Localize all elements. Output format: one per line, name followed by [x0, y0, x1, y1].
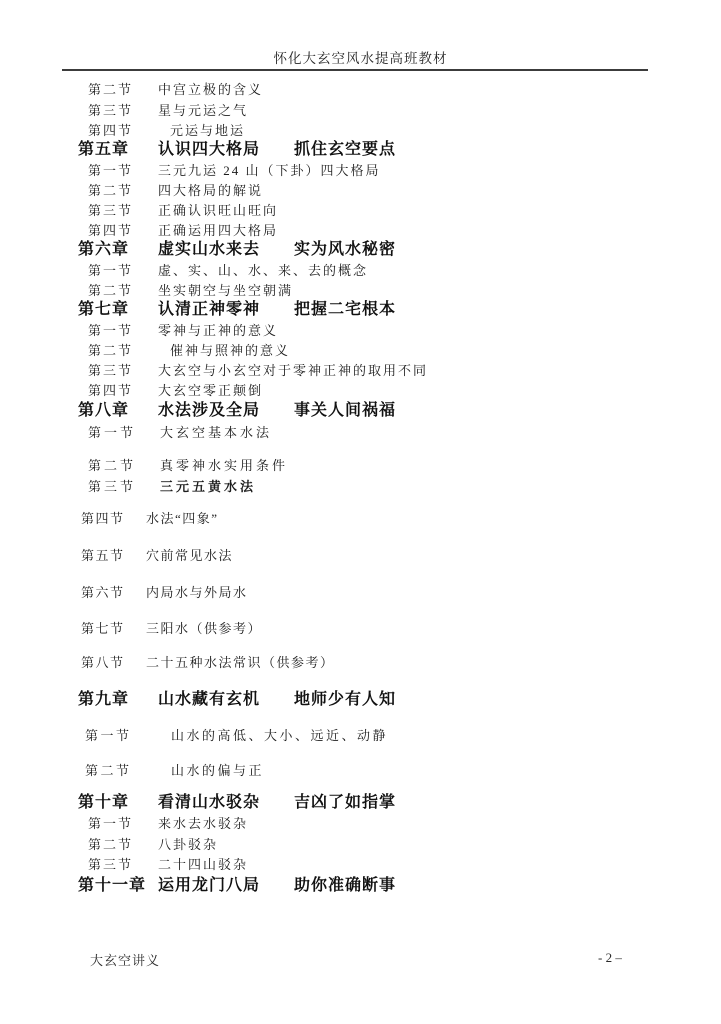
toc-entry-number: 第一节	[88, 816, 158, 832]
toc-entry: 第一节三元九运 24 山（下卦）四大格局	[88, 163, 381, 179]
toc-entry-title: 催神与照神的意义	[170, 343, 290, 358]
toc-entry: 第三节大玄空与小玄空对于零神正神的取用不同	[88, 363, 428, 379]
toc-entry-number: 第一节	[88, 323, 158, 339]
toc-entry-number: 第五章	[78, 140, 158, 159]
toc-entry-title: 大玄空与小玄空对于零神正神的取用不同	[158, 363, 428, 378]
toc-entry: 第四节正确运用四大格局	[88, 223, 278, 239]
toc-entry: 第二节催神与照神的意义	[88, 343, 290, 359]
toc-entry-title: 正确认识旺山旺向	[158, 203, 278, 218]
toc-entry: 第一节大玄空基本水法	[88, 425, 272, 441]
toc-entry: 第一节零神与正神的意义	[88, 323, 278, 339]
toc-entry: 第二节中宫立极的含义	[88, 82, 263, 98]
toc-entry: 第三节三元五黄水法	[88, 479, 256, 495]
toc-entry-number: 第七节	[81, 621, 146, 637]
toc-entry: 第二节山水的偏与正	[85, 763, 264, 779]
toc-entry-title: 三元九运 24 山（下卦）四大格局	[158, 163, 381, 178]
toc-entry-number: 第一节	[88, 425, 160, 441]
toc-entry-number: 第九章	[78, 690, 158, 709]
toc-entry-number: 第四节	[81, 511, 146, 527]
toc-entry-number: 第八节	[81, 655, 146, 671]
toc-entry-number: 第七章	[78, 300, 158, 319]
toc-entry-title: 正确运用四大格局	[158, 223, 278, 238]
document-page: 怀化大玄空风水提高班教材 第二节中宫立极的含义 第三节星与元运之气 第四节元运与…	[0, 0, 721, 1024]
toc-entry: 第二节真零神水实用条件	[88, 458, 288, 474]
toc-entry-number: 第三节	[88, 479, 160, 495]
toc-entry-number: 第二节	[88, 283, 158, 299]
toc-entry: 第八节二十五种水法常识（供参考）	[81, 655, 335, 671]
toc-entry-title: 水法涉及全局 事关人间祸福	[158, 402, 396, 419]
toc-entry-number: 第六章	[78, 240, 158, 259]
toc-entry-number: 第一节	[88, 163, 158, 179]
toc-entry-number: 第二节	[88, 183, 158, 199]
toc-entry-title: 三阳水（供参考）	[146, 621, 262, 636]
toc-chapter-entry: 第十章看清山水驳杂 吉凶了如指掌	[78, 793, 396, 812]
toc-entry-title: 八卦驳杂	[158, 837, 218, 852]
toc-chapter-entry: 第六章虚实山水来去 实为风水秘密	[78, 240, 396, 259]
toc-entry: 第一节来水去水驳杂	[88, 816, 248, 832]
toc-entry: 第四节元运与地运	[88, 123, 245, 139]
toc-entry-title: 坐实朝空与坐空朝满	[158, 283, 293, 298]
toc-entry: 第五节穴前常见水法	[81, 548, 233, 564]
toc-chapter-entry: 第五章认识四大格局 抓住玄空要点	[78, 140, 396, 159]
toc-entry-number: 第二节	[88, 837, 158, 853]
footer-document-title: 大玄空讲义	[90, 950, 160, 969]
toc-entry-title: 内局水与外局水	[146, 585, 248, 600]
toc-entry-title: 二十四山驳杂	[158, 857, 248, 872]
toc-entry-number: 第十章	[78, 793, 158, 812]
toc-entry-number: 第二节	[88, 82, 158, 98]
toc-entry-title: 四大格局的解说	[158, 183, 263, 198]
toc-entry-number: 第六节	[81, 585, 146, 601]
toc-entry-title: 中宫立极的含义	[158, 82, 263, 97]
toc-entry: 第四节大玄空零正颠倒	[88, 383, 263, 399]
toc-entry-title: 大玄空基本水法	[160, 425, 272, 440]
toc-entry: 第一节山水的高低、大小、远近、动静	[85, 728, 388, 744]
toc-entry-number: 第三节	[88, 857, 158, 873]
toc-entry-title: 零神与正神的意义	[158, 323, 278, 338]
toc-chapter-entry: 第七章认清正神零神 把握二宅根本	[78, 300, 396, 319]
toc-entry: 第二节四大格局的解说	[88, 183, 263, 199]
toc-entry-title: 认清正神零神 把握二宅根本	[158, 301, 396, 318]
toc-entry-number: 第四节	[88, 223, 158, 239]
toc-entry-title: 山水的偏与正	[171, 763, 264, 778]
toc-entry-title: 大玄空零正颠倒	[158, 383, 263, 398]
footer-page-number: - 2 –	[598, 950, 622, 966]
toc-entry-number: 第三节	[88, 363, 158, 379]
toc-entry-title: 二十五种水法常识（供参考）	[146, 655, 335, 670]
toc-entry-title: 看清山水驳杂 吉凶了如指掌	[158, 794, 396, 811]
toc-entry-number: 第八章	[78, 401, 158, 420]
toc-entry-title: 来水去水驳杂	[158, 816, 248, 831]
toc-entry-number: 第二节	[88, 458, 160, 474]
toc-entry-number: 第一节	[88, 263, 158, 279]
toc-entry: 第六节内局水与外局水	[81, 585, 248, 601]
toc-entry-number: 第十一章	[78, 876, 158, 895]
page-header-title: 怀化大玄空风水提高班教材	[0, 47, 721, 67]
toc-entry-title: 虚实山水来去 实为风水秘密	[158, 241, 396, 258]
toc-entry: 第二节八卦驳杂	[88, 837, 218, 853]
toc-entry-title: 山水藏有玄机 地师少有人知	[158, 691, 396, 708]
toc-entry-number: 第五节	[81, 548, 146, 564]
toc-entry-number: 第四节	[88, 123, 158, 139]
toc-entry: 第七节三阳水（供参考）	[81, 621, 262, 637]
toc-entry: 第四节水法“四象”	[81, 511, 219, 527]
toc-entry-title: 元运与地运	[170, 123, 245, 138]
toc-entry-number: 第四节	[88, 383, 158, 399]
toc-entry-number: 第二节	[88, 343, 158, 359]
toc-entry-title: 穴前常见水法	[146, 548, 233, 563]
toc-entry-title: 虚、实、山、水、来、去的概念	[158, 263, 368, 278]
toc-entry-title: 山水的高低、大小、远近、动静	[171, 728, 388, 743]
toc-entry-number: 第三节	[88, 203, 158, 219]
toc-entry-number: 第二节	[85, 763, 171, 779]
toc-chapter-entry: 第八章水法涉及全局 事关人间祸福	[78, 401, 396, 420]
toc-entry-title: 运用龙门八局 助你准确断事	[158, 877, 396, 894]
toc-entry: 第二节坐实朝空与坐空朝满	[88, 283, 293, 299]
toc-entry-number: 第一节	[85, 728, 171, 744]
toc-entry: 第三节二十四山驳杂	[88, 857, 248, 873]
toc-entry: 第一节虚、实、山、水、来、去的概念	[88, 263, 368, 279]
toc-entry-title: 真零神水实用条件	[160, 458, 288, 473]
toc-chapter-entry: 第十一章运用龙门八局 助你准确断事	[78, 876, 396, 895]
toc-entry-title: 星与元运之气	[158, 103, 248, 118]
toc-entry-title: 认识四大格局 抓住玄空要点	[158, 141, 396, 158]
header-divider-line	[62, 69, 648, 71]
toc-entry-title: 水法“四象”	[146, 511, 219, 526]
toc-entry-title: 三元五黄水法	[160, 479, 256, 494]
toc-entry: 第三节正确认识旺山旺向	[88, 203, 278, 219]
toc-entry: 第三节星与元运之气	[88, 103, 248, 119]
toc-chapter-entry: 第九章山水藏有玄机 地师少有人知	[78, 690, 396, 709]
toc-entry-number: 第三节	[88, 103, 158, 119]
